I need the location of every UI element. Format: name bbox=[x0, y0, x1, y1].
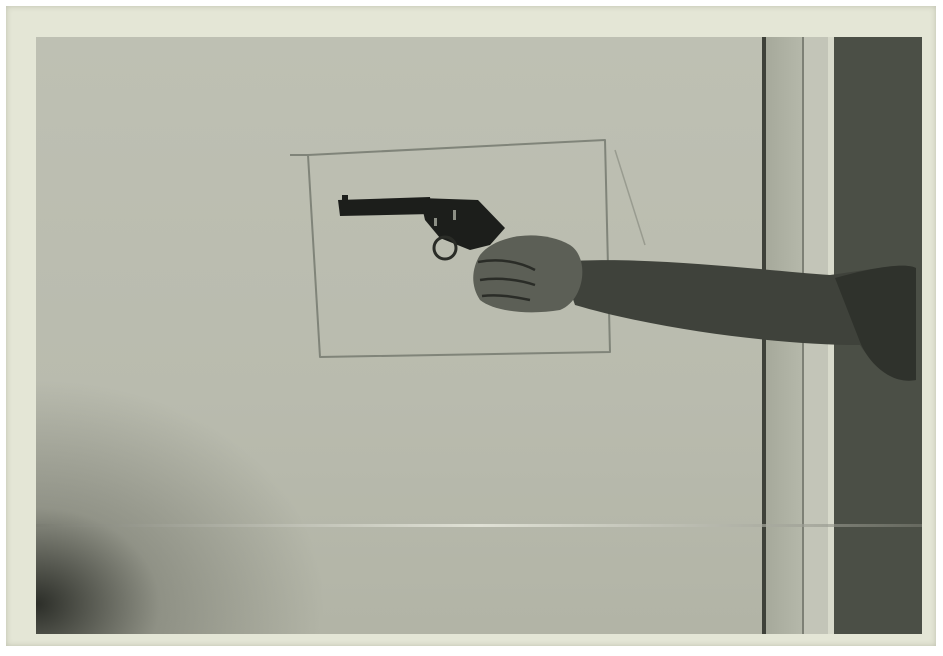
scene-overlay bbox=[0, 0, 943, 656]
trigger-guard bbox=[434, 237, 456, 259]
revolver-frame bbox=[420, 198, 505, 250]
revolver-barrel bbox=[338, 197, 432, 216]
front-sight bbox=[342, 195, 348, 201]
chalk-stray-line bbox=[615, 150, 645, 245]
revolver bbox=[338, 195, 505, 259]
cylinder-highlight bbox=[453, 210, 456, 220]
cylinder-highlight-2 bbox=[434, 218, 437, 226]
